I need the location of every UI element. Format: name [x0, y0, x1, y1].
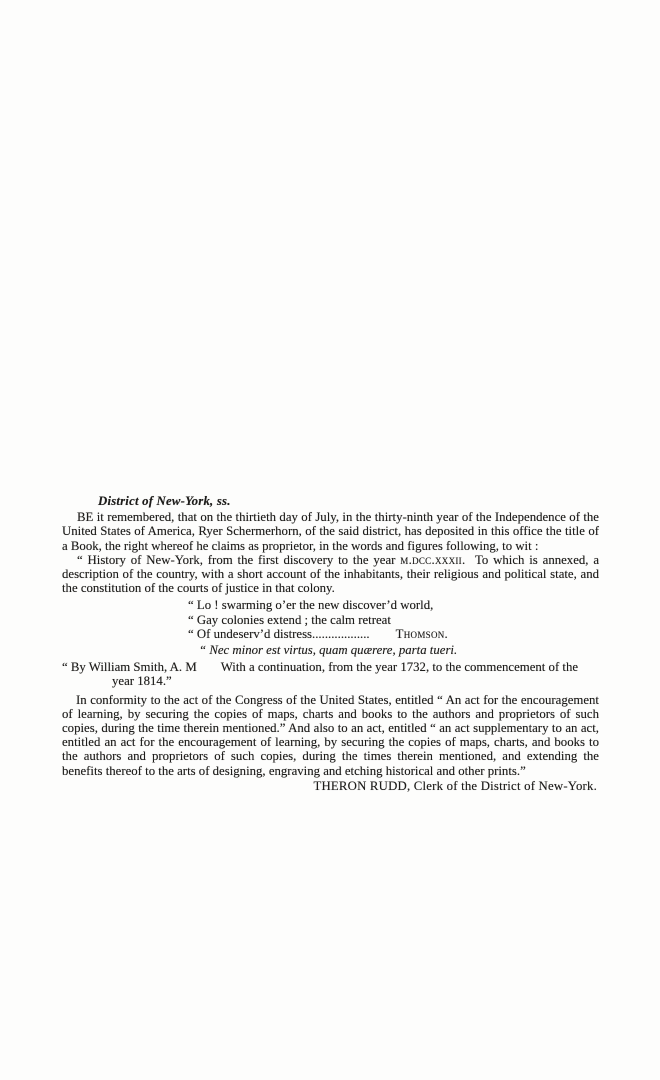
conformity-paragraph: In conformity to the act of the Congress…	[62, 693, 599, 778]
copyright-registration-notice: District of New-York, ss. BE it remember…	[62, 494, 599, 793]
author-name-text: “ By William Smith, A. M	[62, 660, 197, 674]
roman-numeral-year: m.dcc.xxxii.	[400, 553, 465, 567]
poem-line-3-text: “ Of undeserv’d distress................…	[188, 627, 370, 641]
book-title-text-before-year: “ History of New-York, from the first di…	[77, 553, 400, 567]
scanned-book-page: District of New-York, ss. BE it remember…	[0, 0, 660, 1080]
poem-line-1: “ Lo ! swarming o’er the new discover’d …	[188, 598, 599, 612]
author-statement: “ By William Smith, A. MWith a continuat…	[62, 660, 599, 688]
poem-attribution: Thomson.	[396, 627, 448, 641]
poem-quotation: “ Lo ! swarming o’er the new discover’d …	[188, 598, 599, 657]
book-title-paragraph: “ History of New-York, from the first di…	[62, 553, 599, 596]
poem-line-3: “ Of undeserv’d distress................…	[188, 627, 599, 641]
poem-latin-motto: “ Nec minor est virtus, quam quærere, pa…	[199, 643, 599, 657]
clerk-signature-line: THERON RUDD, Clerk of the District of Ne…	[62, 779, 599, 793]
district-heading: District of New-York, ss.	[98, 494, 599, 508]
registration-paragraph: BE it remembered, that on the thirtieth …	[62, 510, 599, 553]
poem-line-2: “ Gay colonies extend ; the calm retreat	[188, 613, 599, 627]
